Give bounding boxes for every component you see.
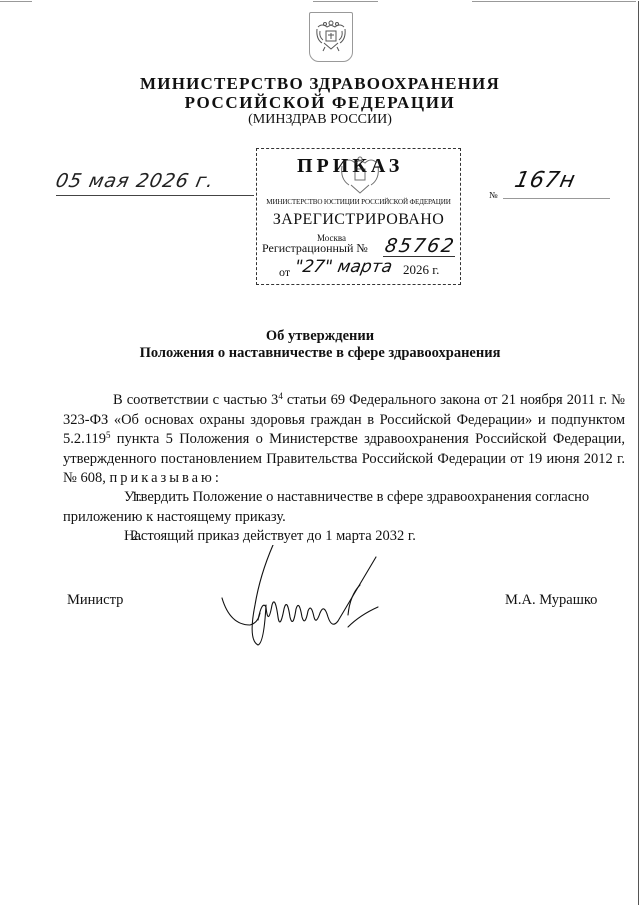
order-word: приказываю: bbox=[109, 470, 221, 486]
stamp-date-year: 2026 г. bbox=[403, 262, 439, 278]
registration-stamp: ПРИКАЗ МИНИСТЕРСТВО ЮСТИЦИИ РОССИЙСКОЙ Ф… bbox=[256, 148, 461, 285]
order-number-handwritten: 167н bbox=[512, 168, 578, 193]
ministry-name-line2: РОССИЙСКОЙ ФЕДЕРАЦИИ bbox=[0, 93, 640, 113]
stamp-reg-number: 85762 bbox=[383, 235, 457, 257]
item-text: Утвердить Положение о наставничестве в с… bbox=[63, 489, 589, 525]
order-item: 1.Утвердить Положение о наставничестве в… bbox=[63, 488, 625, 527]
subject-line2: Положения о наставничестве в сфере здрав… bbox=[0, 345, 640, 362]
order-number-label: № bbox=[489, 190, 498, 200]
signer-title: Министр bbox=[67, 592, 123, 609]
stamp-date-handwritten: "27" марта bbox=[293, 257, 394, 277]
order-number-underline bbox=[503, 198, 610, 199]
item-number: 1. bbox=[97, 488, 124, 508]
scan-edge-right bbox=[638, 1, 639, 905]
preamble-text-1: В соответствии с частью 3 bbox=[113, 392, 278, 408]
stamp-reg-number-label: Регистрационный № bbox=[262, 241, 368, 256]
stamp-organization: МИНИСТЕРСТВО ЮСТИЦИИ РОССИЙСКОЙ ФЕДЕРАЦИ… bbox=[262, 197, 455, 206]
scan-edge-top bbox=[0, 1, 636, 2]
russian-coat-of-arms-icon bbox=[309, 12, 353, 62]
handwritten-signature-icon bbox=[200, 545, 420, 655]
item-number: 2. bbox=[97, 527, 124, 547]
preamble-paragraph: В соответствии с частью 34 статьи 69 Фед… bbox=[63, 391, 625, 489]
stamp-eagle-icon bbox=[337, 153, 383, 199]
item-text: Настоящий приказ действует до 1 марта 20… bbox=[124, 528, 416, 544]
ministry-name-line1: МИНИСТЕРСТВО ЗДРАВООХРАНЕНИЯ bbox=[0, 74, 640, 94]
ministry-short-name: (МИНЗДРАВ РОССИИ) bbox=[0, 112, 640, 128]
subject-line1: Об утверждении bbox=[0, 328, 640, 345]
order-date-underline bbox=[56, 195, 254, 196]
order-date-handwritten: 05 мая 2026 г. bbox=[54, 170, 264, 192]
signer-name: М.А. Мурашко bbox=[505, 592, 597, 609]
stamp-status: ЗАРЕГИСТРИРОВАНО bbox=[257, 211, 460, 229]
stamp-date-prefix: от bbox=[279, 265, 290, 280]
order-item: 2.Настоящий приказ действует до 1 марта … bbox=[63, 527, 625, 547]
